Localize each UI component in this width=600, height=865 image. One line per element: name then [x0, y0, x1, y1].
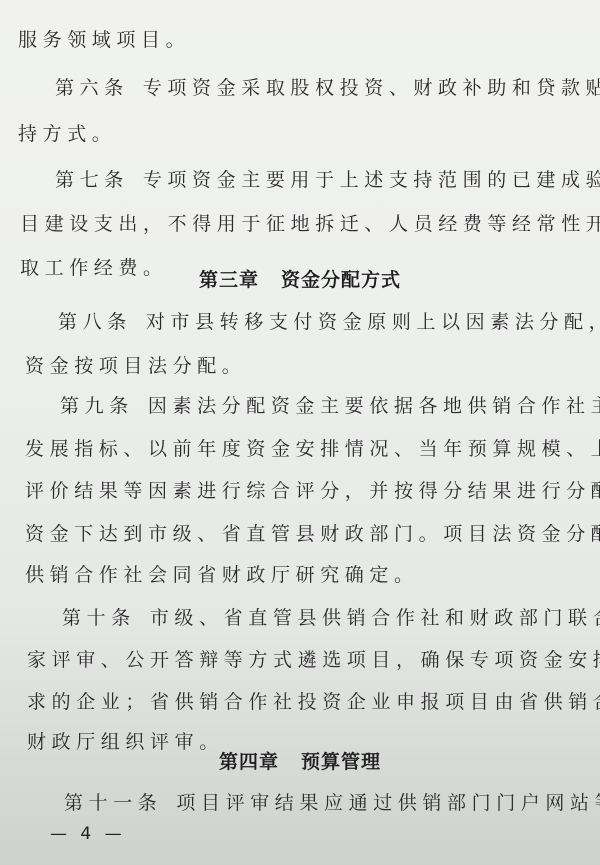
- article-label: 第十条: [62, 607, 136, 629]
- article-label: 第六条: [55, 77, 129, 99]
- text-line: 发展指标、以前年度资金安排情况、当年预算规模、上年度绩效: [25, 437, 600, 461]
- text-line: 服务领域项目。: [18, 28, 190, 52]
- article-9: 第九条因素法分配资金主要依据各地供销合作社主要经济: [60, 394, 600, 418]
- article-label: 第十一条: [64, 792, 162, 814]
- text-line: 评价结果等因素进行综合评分，并按得分结果进行分配，分配的: [25, 479, 600, 503]
- article-label: 第九条: [60, 395, 134, 417]
- text-line: 持方式。: [18, 122, 116, 146]
- article-7: 第七条专项资金主要用于上述支持范围的已建成验收的项: [55, 168, 600, 192]
- text-line: 资金下达到市级、省直管县财政部门。项目法资金分配方案由省: [25, 522, 600, 546]
- article-label: 第七条: [55, 169, 129, 191]
- article-label: 第八条: [58, 311, 132, 333]
- article-10: 第十条市级、省直管县供销合作社和财政部门联合采取专: [62, 606, 600, 630]
- text-line: 家评审、公开答辩等方式遴选项目，确保专项资金安排到符合要: [27, 648, 600, 672]
- text-line: 资金按项目法分配。: [25, 354, 246, 378]
- page-number: — 4 —: [50, 824, 126, 844]
- article-6: 第六条专项资金采取股权投资、财政补助和贷款贴息的支: [55, 76, 600, 100]
- article-11: 第十一条项目评审结果应通过供销部门门户网站等媒介向: [64, 791, 600, 815]
- text-line: 供销合作社会同省财政厅研究确定。: [25, 563, 419, 587]
- article-8: 第八条对市县转移支付资金原则上以因素法分配，省本级: [58, 310, 600, 334]
- text-line: 求的企业；省供销合作社投资企业申报项目由省供销合作社和省: [27, 690, 600, 714]
- text-line: 目建设支出，不得用于征地拆迁、人员经费等经常性开支以及提: [20, 212, 600, 236]
- chapter-heading-4: 第四章预算管理: [0, 750, 600, 774]
- chapter-heading-3: 第三章资金分配方式: [0, 268, 600, 292]
- document-page: 服务领域项目。 第六条专项资金采取股权投资、财政补助和贷款贴息的支 持方式。 第…: [0, 0, 600, 865]
